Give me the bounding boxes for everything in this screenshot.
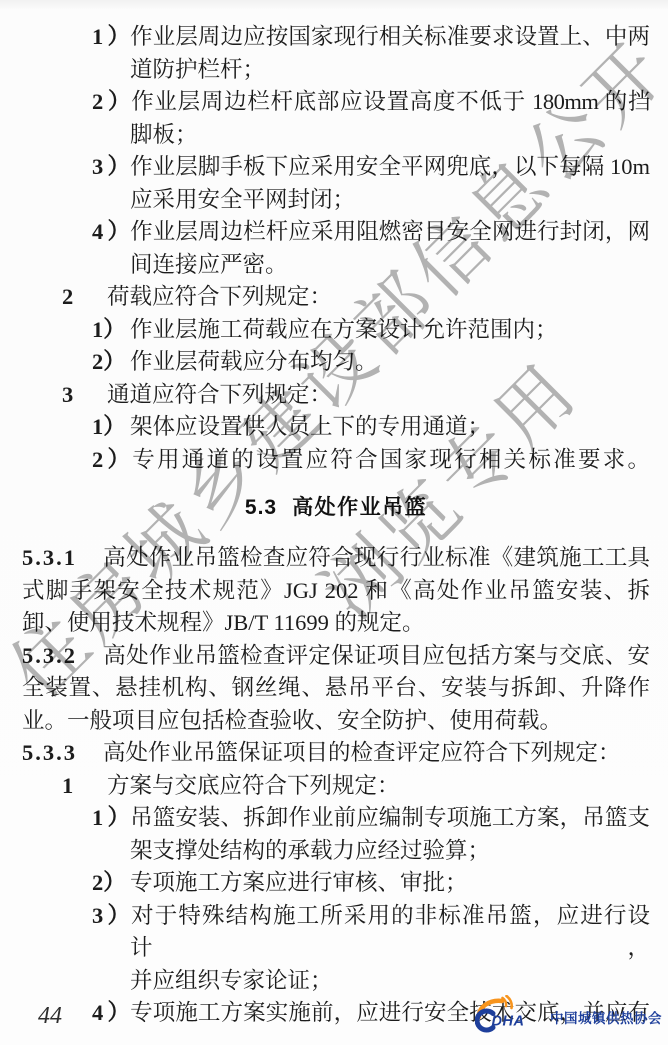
item-text-line: 作业层周边栏杆底部应设置高度不低于 180mm 的挡 xyxy=(130,89,650,114)
list-item-level2: 3）对于特殊结构施工所采用的非标准吊篮，应进行设计， 并应组织专家论证； xyxy=(22,900,650,998)
item-number: 3 xyxy=(62,379,107,412)
clause-paragraph-5-3-3: 5.3.3高处作业吊篮保证项目的检查评定应符合下列规定： xyxy=(22,737,650,770)
list-item-level1: 1方案与交底应符合下列规定： xyxy=(22,770,650,803)
list-item-level2: 2）作业层周边栏杆底部应设置高度不低于 180mm 的挡 脚板； xyxy=(22,86,650,151)
item-number: 2） xyxy=(92,86,130,119)
clause-text-line: 全装置、悬挂机构、钢丝绳、悬吊平台、安装与拆卸、升降作 xyxy=(22,672,650,705)
clause-paragraph-5-3-2: 5.3.2高处作业吊篮检查评定保证项目应包括方案与交底、安 全装置、悬挂机构、钢… xyxy=(22,640,650,738)
item-text-line: 架支撑处结构的承载力应经过验算； xyxy=(130,835,650,868)
item-text-line: 吊篮安装、拆卸作业前应编制专项施工方案，吊篮支 xyxy=(130,805,650,830)
item-text-line: 作业层周边栏杆应采用阻燃密目安全网进行封闭，网 xyxy=(130,219,650,244)
item-text-line: 并应组织专家论证； xyxy=(130,965,650,998)
association-logo: DHA 中国城镇供热协会 xyxy=(475,995,662,1033)
item-text-line: 应采用安全平网封闭； xyxy=(130,184,650,217)
item-text-line: 架体应设置供人员上下的专用通道； xyxy=(130,414,490,439)
item-text-line: 荷载应符合下列规定： xyxy=(107,284,332,309)
item-text-line: 作业层周边应按国家现行相关标准要求设置上、中两 xyxy=(130,24,650,49)
section-title: 高处作业吊篮 xyxy=(292,496,427,519)
document-page: 1）作业层周边应按国家现行相关标准要求设置上、中两 道防护栏杆； 2）作业层周边… xyxy=(0,0,668,1045)
clause-number: 5.3.1 xyxy=(22,545,77,570)
item-number: 1 xyxy=(62,770,107,803)
list-item-level2: 2）专项施工方案应进行审核、审批； xyxy=(22,867,650,900)
item-number: 3） xyxy=(92,151,130,184)
page-number: 44 xyxy=(38,1003,62,1030)
clause-paragraph-5-3-1: 5.3.1高处作业吊篮检查应符合现行行业标准《建筑施工工具 式脚手架安全技术规范… xyxy=(22,542,650,640)
cdha-emblem-icon: DHA xyxy=(475,995,543,1033)
item-number: 3） xyxy=(92,900,130,933)
item-text-line: 间连接应严密。 xyxy=(130,249,650,282)
section-heading: 5.3高处作业吊篮 xyxy=(22,493,650,523)
item-text-line: 专用通道的设置应符合国家现行相关标准要求。 xyxy=(130,447,650,472)
clause-text-line: 高处作业吊篮保证项目的检查评定应符合下列规定： xyxy=(103,740,621,765)
item-number: 4） xyxy=(92,216,130,249)
item-text-line: 脚板； xyxy=(130,119,650,152)
item-text-line: 作业层脚手板下应采用安全平网兜底，以下每隔 10m xyxy=(130,154,650,179)
item-number: 2） xyxy=(92,346,130,379)
list-item-level1: 2荷载应符合下列规定： xyxy=(22,281,650,314)
item-number: 1） xyxy=(92,411,130,444)
section-number: 5.3 xyxy=(245,496,277,519)
list-item-level2: 2）作业层荷载应分布均匀。 xyxy=(22,346,650,379)
item-number: 2 xyxy=(62,281,107,314)
item-number: 1） xyxy=(92,21,130,54)
page-content: 1）作业层周边应按国家现行相关标准要求设置上、中两 道防护栏杆； 2）作业层周边… xyxy=(0,0,668,1030)
svg-text:DHA: DHA xyxy=(492,1014,525,1030)
item-text-line: 作业层施工荷载应在方案设计允许范围内； xyxy=(130,317,558,342)
item-text-line: 作业层荷载应分布均匀。 xyxy=(130,349,378,374)
item-number: 1） xyxy=(92,802,130,835)
item-text-line: 对于特殊结构施工所采用的非标准吊篮，应进行设计， xyxy=(130,903,650,961)
item-text-line: 道防护栏杆； xyxy=(130,54,650,87)
clause-text-line: 高处作业吊篮检查应符合现行行业标准《建筑施工工具 xyxy=(103,545,650,570)
item-number: 2） xyxy=(92,867,130,900)
clause-text-line: 卸、使用技术规程》JB/T 11699 的规定。 xyxy=(22,607,650,640)
list-item-level2: 1）架体应设置供人员上下的专用通道； xyxy=(22,411,650,444)
list-item-level2: 1）吊篮安装、拆卸作业前应编制专项施工方案，吊篮支 架支撑处结构的承载力应经过验… xyxy=(22,802,650,867)
logo-org-name: 中国城镇供热协会 xyxy=(550,1010,662,1033)
list-item-level2: 1）作业层施工荷载应在方案设计允许范围内； xyxy=(22,314,650,347)
clause-text-line: 式脚手架安全技术规范》JGJ 202 和《高处作业吊篮安装、拆 xyxy=(22,575,650,608)
clause-number: 5.3.2 xyxy=(22,643,77,668)
item-text-line: 方案与交底应符合下列规定： xyxy=(107,773,400,798)
list-item-level2: 1）作业层周边应按国家现行相关标准要求设置上、中两 道防护栏杆； xyxy=(22,21,650,86)
item-number: 2） xyxy=(92,444,130,477)
clause-number: 5.3.3 xyxy=(22,740,77,765)
list-item-level1: 3通道应符合下列规定： xyxy=(22,379,650,412)
item-number: 4） xyxy=(92,997,130,1030)
item-number: 1） xyxy=(92,314,130,347)
list-item-level2: 2）专用通道的设置应符合国家现行相关标准要求。 xyxy=(22,444,650,477)
clause-text-line: 业。一般项目应包括检查验收、安全防护、使用荷载。 xyxy=(22,705,650,738)
list-item-level2: 4）作业层周边栏杆应采用阻燃密目安全网进行封闭，网 间连接应严密。 xyxy=(22,216,650,281)
item-text-line: 通道应符合下列规定： xyxy=(107,382,332,407)
list-item-level2: 3）作业层脚手板下应采用安全平网兜底，以下每隔 10m 应采用安全平网封闭； xyxy=(22,151,650,216)
item-text-line: 专项施工方案应进行审核、审批； xyxy=(130,870,468,895)
clause-text-line: 高处作业吊篮检查评定保证项目应包括方案与交底、安 xyxy=(103,643,650,668)
